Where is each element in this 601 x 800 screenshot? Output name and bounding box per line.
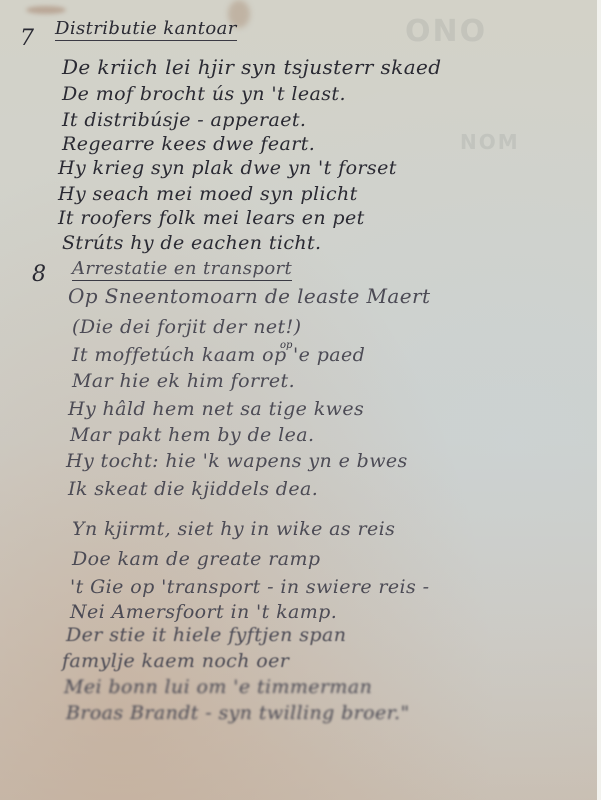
poem-line: Hy hâld hem net sa tige kwes [68, 398, 364, 420]
poem-line: Mar pakt hem by de lea. [70, 424, 314, 446]
poem-line: Doe kam de greate ramp [72, 548, 320, 570]
poem-line: De mof brocht ús yn 't least. [62, 83, 346, 105]
poem-line: 't Gie op 'transport - in swiere reis - [70, 576, 429, 598]
poem-line: Regearre kees dwe feart. [62, 133, 315, 155]
poem-line: Hy krieg syn plak dwe yn 't forset [58, 157, 397, 179]
document-page: ONO NOM 7 Distributie kantoar De kriich … [0, 0, 601, 800]
ink-smudge [26, 6, 66, 14]
poem-line: (Die dei forjit der net!) [72, 316, 301, 338]
poem-line: Broas Brandt - syn twilling broer." [66, 702, 410, 724]
poem-line: Der stie it hiele fyftjen span [66, 624, 346, 646]
poem-line: famylje kaem noch oer [62, 650, 289, 672]
poem-line: Hy tocht: hie 'k wapens yn e bwes [66, 450, 408, 472]
poem-line: De kriich lei hjir syn tsjusterr skaed [62, 55, 441, 79]
poem-line: Strúts hy de eachen ticht. [62, 232, 322, 254]
poem-line: Hy seach mei moed syn plicht [58, 183, 358, 205]
poem-line: Yn kjirmt, siet hy in wike as reis [72, 518, 395, 540]
poem-line: It distribúsje - apperaet. [62, 109, 306, 131]
page-edge [597, 0, 601, 800]
showthrough-text: NOM [460, 130, 520, 154]
section-number: 7 [20, 26, 34, 51]
section-title: Distributie kantoar [55, 18, 237, 41]
poem-line: Mar hie ek him forret. [72, 370, 295, 392]
poem-line: It roofers folk mei lears en pet [58, 207, 365, 229]
section-title: Arrestatie en transport [72, 258, 292, 281]
poem-line: Mei bonn lui om 'e timmerman [64, 676, 372, 698]
poem-line: It moffetúch kaam op 'e paed [72, 344, 365, 366]
poem-line: Ik skeat die kjiddels dea. [68, 478, 318, 500]
poem-line: Op Sneentomoarn de leaste Maert [68, 284, 430, 308]
showthrough-text: ONO [405, 14, 487, 49]
poem-line: Nei Amersfoort in 't kamp. [70, 601, 337, 623]
section-number: 8 [32, 262, 46, 287]
